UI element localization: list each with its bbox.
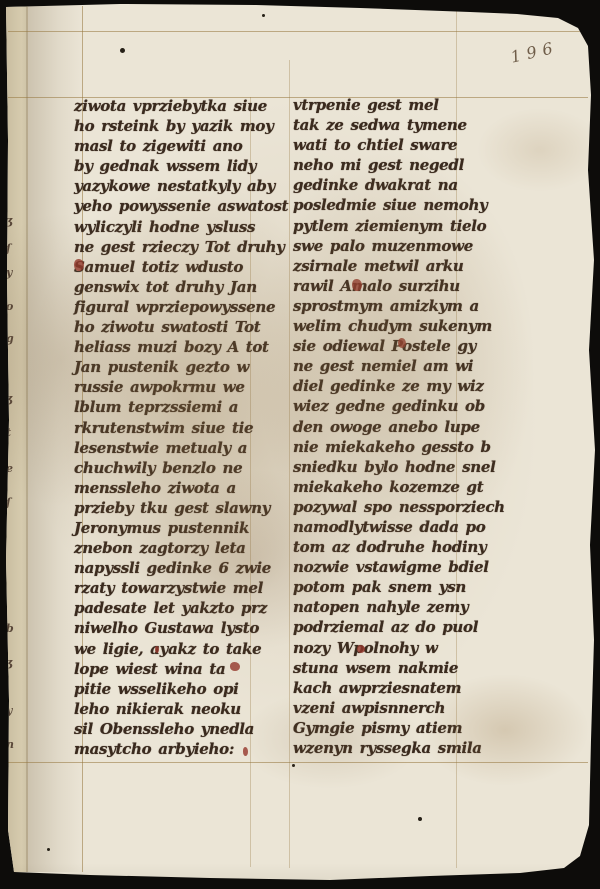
manuscript-line: pitie wsselikeho opi <box>74 679 296 699</box>
pricking-dot <box>292 764 295 767</box>
edge-glyph-fragment: o <box>6 300 20 313</box>
manuscript-line: wyliczyli hodne ysluss <box>74 217 296 237</box>
manuscript-line: sniedku bylo hodne snel <box>293 457 533 477</box>
manuscript-line: tom az dodruhe hodiny <box>293 537 533 557</box>
edge-glyph-fragment: ʒ <box>6 392 20 405</box>
manuscript-line: Jan pustenik gezto w <box>74 357 296 377</box>
manuscript-line: potom pak snem ysn <box>293 577 533 597</box>
manuscript-line: masytcho arbyieho: <box>74 739 296 759</box>
rubrication-mark <box>74 259 84 271</box>
manuscript-line: wiez gedne gedinku ob <box>293 396 533 416</box>
manuscript-line: russie awpokrmu we <box>74 377 296 397</box>
manuscript-line: Gymgie pismy atiem <box>293 718 533 738</box>
manuscript-line: tak ze sedwa tymene <box>293 115 533 135</box>
manuscript-line: nie miekakeho gessto b <box>293 437 533 457</box>
manuscript-line: lope wiest wina ta <box>74 659 296 679</box>
manuscript-line: padesate let yakzto prz <box>74 598 296 618</box>
edge-glyph-fragment: y <box>6 704 20 717</box>
manuscript-line: pytlem ziemienym tielo <box>293 216 533 236</box>
manuscript-line: pozywal spo nessporziech <box>293 497 533 517</box>
manuscript-line: heliass muzi bozy A tot <box>74 337 296 357</box>
manuscript-line: nozwie vstawigme bdiel <box>293 557 533 577</box>
wormhole <box>120 48 125 53</box>
manuscript-line: gedinke dwakrat na <box>293 175 533 195</box>
manuscript-line: przieby tku gest slawny <box>74 498 296 518</box>
rubrication-mark <box>243 747 248 756</box>
manuscript-line: namodlytwisse dada po <box>293 517 533 537</box>
parchment-page: ʒſyogʒteſbʒyn 196 ziwota vprziebytka siu… <box>0 0 600 889</box>
edge-glyph-fragment: y <box>6 266 20 279</box>
manuscript-line: Samuel totiz wdusto <box>74 257 296 277</box>
manuscript-line: nozy Wpolnohy w <box>293 638 533 658</box>
rubrication-mark <box>155 646 159 653</box>
manuscript-line: ne gest rzieczy Tot druhy <box>74 237 296 257</box>
edge-glyph-fragment: n <box>6 738 20 751</box>
edge-glyph-fragment: ſ <box>6 496 20 509</box>
manuscript-line: lesenstwie metualy a <box>74 438 296 458</box>
manuscript-line: ho rsteink by yazik moy <box>74 116 296 136</box>
manuscript-line: posledmie siue nemohy <box>293 195 533 215</box>
edge-glyph-fragment: ſ <box>6 242 20 255</box>
manuscript-line: kach awprziesnatem <box>293 678 533 698</box>
rubrication-mark <box>398 338 406 348</box>
manuscript-line: ziwota vprziebytka siue <box>74 96 296 116</box>
edge-glyph-fragment: t <box>6 426 20 439</box>
manuscript-line: podrziemal az do puol <box>293 617 533 637</box>
manuscript-line: stuna wsem nakmie <box>293 658 533 678</box>
manuscript-line: chuchwily benzlo ne <box>74 458 296 478</box>
manuscript-line: rzaty towarzystwie mel <box>74 578 296 598</box>
manuscript-line: rkrutenstwim siue tie <box>74 418 296 438</box>
manuscript-photo: ʒſyogʒteſbʒyn 196 ziwota vprziebytka siu… <box>0 0 600 889</box>
edge-glyph-fragment: ʒ <box>6 656 20 669</box>
pricking-dot <box>418 817 422 821</box>
manuscript-line: menssleho ziwota a <box>74 478 296 498</box>
edge-glyph-fragment: g <box>6 332 20 345</box>
manuscript-line: neho mi gest negedl <box>293 155 533 175</box>
manuscript-line: niwelho Gustawa lysto <box>74 618 296 638</box>
ruling-line-text-bottom <box>8 762 588 763</box>
ruling-line-top-margin <box>8 31 588 32</box>
manuscript-line: figural wprziepowyssene <box>74 297 296 317</box>
manuscript-line: diel gedinke ze my wiz <box>293 376 533 396</box>
manuscript-line: natopen nahyle zemy <box>293 597 533 617</box>
manuscript-line: masl to zigewiti ano <box>74 136 296 156</box>
manuscript-line: we ligie, ayakz to take <box>74 639 296 659</box>
manuscript-line: sie odiewal Postele gy <box>293 336 533 356</box>
manuscript-line: vzeni awpisnnerch <box>293 698 533 718</box>
rubrication-mark <box>352 279 362 291</box>
edge-glyph-fragment: b <box>6 622 20 635</box>
manuscript-line: rawil Amalo surzihu <box>293 276 533 296</box>
manuscript-line: vtrpenie gest mel <box>293 95 533 115</box>
manuscript-line: ne gest nemiel am wi <box>293 356 533 376</box>
rubrication-mark <box>357 645 365 653</box>
manuscript-line: zsirnale metwil arku <box>293 256 533 276</box>
manuscript-line: ho ziwotu swatosti Tot <box>74 317 296 337</box>
manuscript-line: lblum teprzssiemi a <box>74 397 296 417</box>
previous-folio-edge: ʒſyogʒteſbʒyn <box>6 4 28 872</box>
text-column-right: vtrpenie gest meltak ze sedwa tymenewati… <box>293 95 533 758</box>
wormhole <box>262 14 265 17</box>
folio-number: 196 <box>509 32 581 66</box>
manuscript-line: by gednak wssem lidy <box>74 156 296 176</box>
manuscript-line: yazykowe nestatkyly aby <box>74 176 296 196</box>
edge-glyph-fragment: ʒ <box>6 214 20 227</box>
manuscript-line: znebon zagtorzy leta <box>74 538 296 558</box>
manuscript-line: napyssli gedinke 6 zwie <box>74 558 296 578</box>
manuscript-line: yeho powyssenie aswatost <box>74 196 296 216</box>
manuscript-line: Jeronymus pustennik <box>74 518 296 538</box>
manuscript-line: welim chudym sukenym <box>293 316 533 336</box>
manuscript-line: sprostmym amizkym a <box>293 296 533 316</box>
pricking-dot <box>47 848 50 851</box>
manuscript-line: den owoge anebo lupe <box>293 417 533 437</box>
edge-glyph-fragment: e <box>6 462 20 475</box>
manuscript-line: swe palo muzenmowe <box>293 236 533 256</box>
manuscript-line: sil Obenssleho ynedla <box>74 719 296 739</box>
manuscript-line: genswix tot druhy Jan <box>74 277 296 297</box>
manuscript-line: leho nikierak neoku <box>74 699 296 719</box>
text-column-left: ziwota vprziebytka siueho rsteink by yaz… <box>74 96 296 759</box>
manuscript-line: wzenyn ryssegka smila <box>293 738 533 758</box>
rubrication-mark <box>230 662 240 671</box>
manuscript-line: wati to chtiel sware <box>293 135 533 155</box>
manuscript-line: miekakeho kozemze gt <box>293 477 533 497</box>
